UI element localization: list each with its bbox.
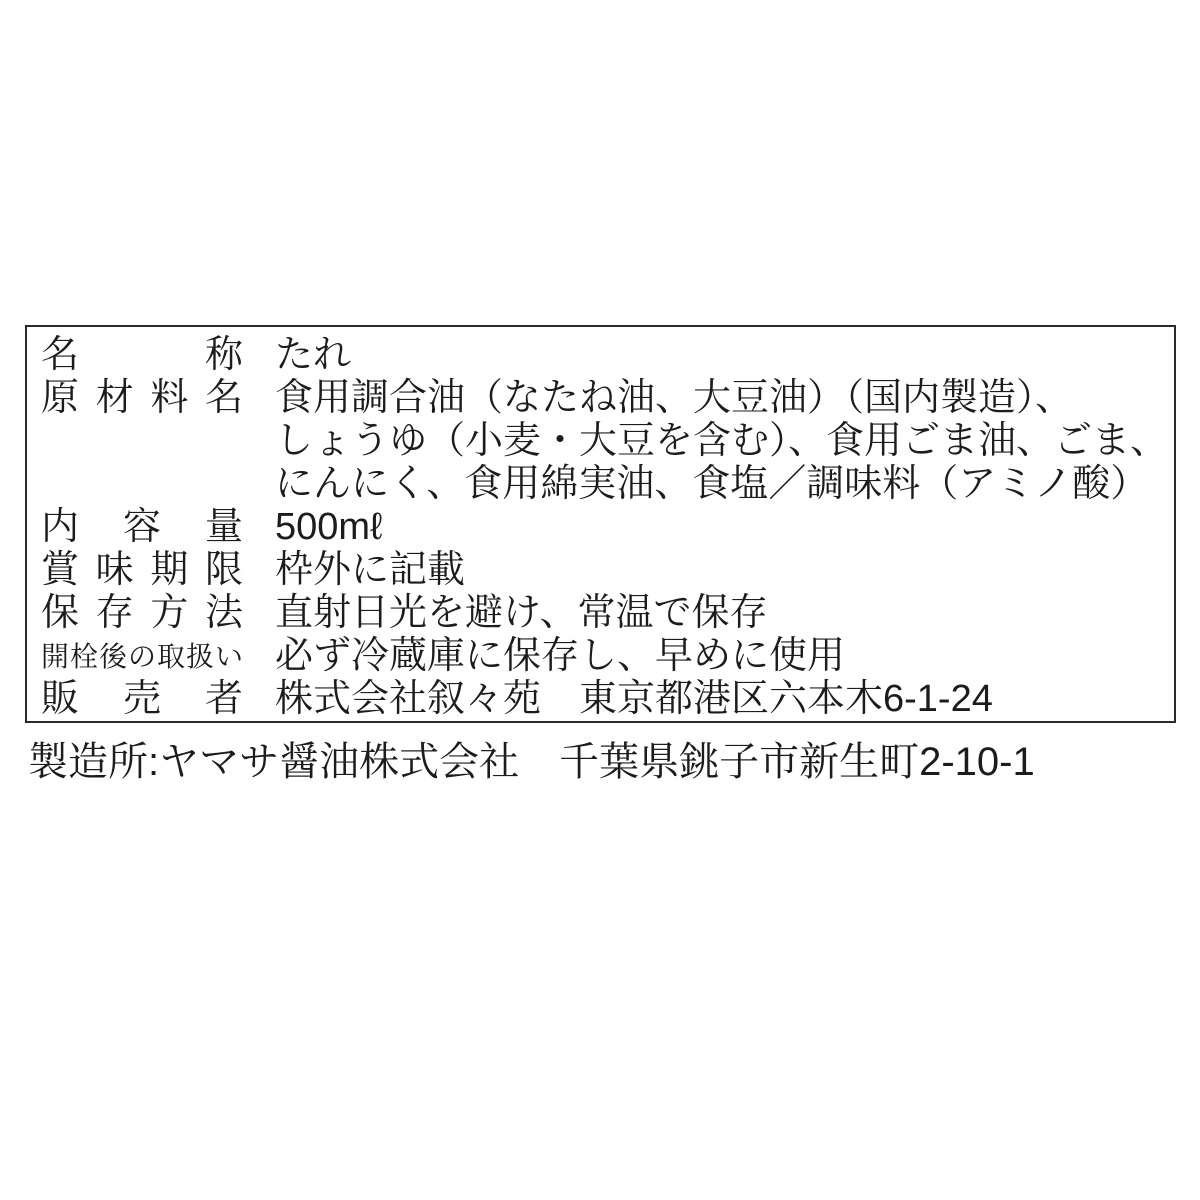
ingredients-line-2: しょうゆ（小麦・大豆を含む）、食用ごま油、ごま、	[275, 420, 1168, 463]
table-row-name: 名称 たれ	[41, 334, 1168, 377]
table-row-seller: 販売者 株式会社叙々苑 東京都港区六本木6-1-24	[41, 678, 1168, 721]
row-label-after-opening: 開栓後の取扱い	[41, 635, 243, 678]
row-label-net-content: 内容量	[41, 506, 243, 549]
row-label-name: 名称	[41, 334, 243, 377]
table-row-ingredients: 原材料名 食用調合油（なたね油、大豆油）（国内製造）、 しょうゆ（小麦・大豆を含…	[41, 377, 1168, 506]
row-value-best-before: 枠外に記載	[275, 549, 1168, 592]
row-value-net-content: 500mℓ	[275, 506, 1168, 549]
row-value-name: たれ	[275, 334, 1168, 377]
food-label-table: 名称 たれ 原材料名 食用調合油（なたね油、大豆油）（国内製造）、 しょうゆ（小…	[25, 325, 1176, 723]
manufacturer-line: 製造所:ヤマサ醤油株式会社 千葉県銚子市新生町2-10-1	[28, 740, 1035, 784]
row-label-best-before: 賞味期限	[41, 549, 243, 592]
table-row-net-content: 内容量 500mℓ	[41, 506, 1168, 549]
ingredients-line-1: 食用調合油（なたね油、大豆油）（国内製造）、	[275, 377, 1168, 420]
row-value-seller: 株式会社叙々苑 東京都港区六本木6-1-24	[275, 678, 1168, 721]
row-value-ingredients: 食用調合油（なたね油、大豆油）（国内製造）、 しょうゆ（小麦・大豆を含む）、食用…	[275, 377, 1168, 506]
row-label-ingredients: 原材料名	[41, 377, 243, 420]
ingredients-line-3: にんにく、食用綿実油、食塩／調味料（アミノ酸）	[275, 463, 1168, 506]
table-row-storage: 保存方法 直射日光を避け、常温で保存	[41, 592, 1168, 635]
table-row-after-opening: 開栓後の取扱い 必ず冷蔵庫に保存し、早めに使用	[41, 635, 1168, 678]
row-value-storage: 直射日光を避け、常温で保存	[275, 592, 1168, 635]
row-label-seller: 販売者	[41, 678, 243, 721]
row-value-after-opening: 必ず冷蔵庫に保存し、早めに使用	[275, 635, 1168, 678]
table-row-best-before: 賞味期限 枠外に記載	[41, 549, 1168, 592]
row-label-storage: 保存方法	[41, 592, 243, 635]
